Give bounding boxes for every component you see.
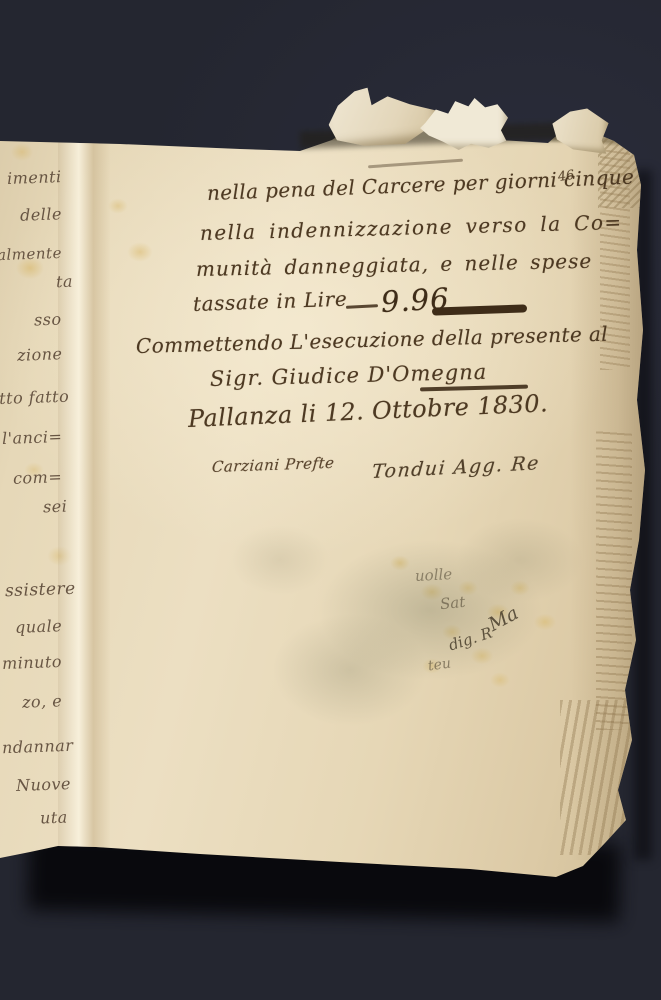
facing-page-word: com= bbox=[13, 467, 63, 488]
text-line-2: nella indennizzazione verso la Co= bbox=[200, 210, 623, 245]
facing-page-word: ndannar bbox=[1, 736, 73, 757]
frayed-edge-texture bbox=[596, 430, 632, 730]
bleed-through-word: teu bbox=[427, 655, 452, 674]
faint-ink-stroke bbox=[368, 159, 463, 169]
facing-page-word: almente bbox=[0, 244, 62, 264]
facing-page-word: uta bbox=[40, 808, 68, 828]
facing-page-word: zo, e bbox=[21, 691, 62, 711]
text-line-4: tassate in Lire bbox=[193, 287, 348, 316]
text-line-3: munità danneggiata, e nelle spese bbox=[196, 249, 593, 281]
facing-page-word: imenti bbox=[7, 167, 62, 188]
frayed-edge-texture bbox=[560, 700, 632, 855]
facing-page-word: Nuove bbox=[16, 774, 72, 795]
facing-page-word: quale bbox=[15, 616, 63, 637]
photo-backdrop: imenti delle almente ta sso zione otto f… bbox=[0, 0, 661, 1000]
signature-right: Tondui Agg. Re bbox=[371, 452, 541, 483]
ink-dash bbox=[346, 304, 378, 309]
date-line: Pallanza li 12. Ottobre 1830. bbox=[187, 389, 548, 433]
bleed-through-word: Sat bbox=[439, 593, 466, 614]
facing-page-word: minuto bbox=[2, 652, 63, 673]
bleed-through-word: dig. R bbox=[446, 624, 494, 655]
facing-page-word: sei bbox=[42, 497, 67, 517]
facing-page-word: l'anci= bbox=[1, 427, 62, 448]
facing-page-word: otto fatto bbox=[0, 387, 69, 409]
facing-page-word: sso bbox=[34, 310, 62, 330]
text-line-5: Commettendo L'esecuzione della presente … bbox=[136, 322, 609, 358]
stacked-pages-top-edge bbox=[0, 130, 340, 142]
facing-page-word: ta bbox=[56, 272, 74, 292]
facing-page-word: zione bbox=[16, 344, 62, 365]
signature-left: Carziani Prefte bbox=[211, 454, 335, 476]
facing-page-word: delle bbox=[20, 204, 63, 224]
facing-page-word: ssistere bbox=[5, 579, 76, 601]
bleed-through-word: uolle bbox=[415, 565, 453, 585]
